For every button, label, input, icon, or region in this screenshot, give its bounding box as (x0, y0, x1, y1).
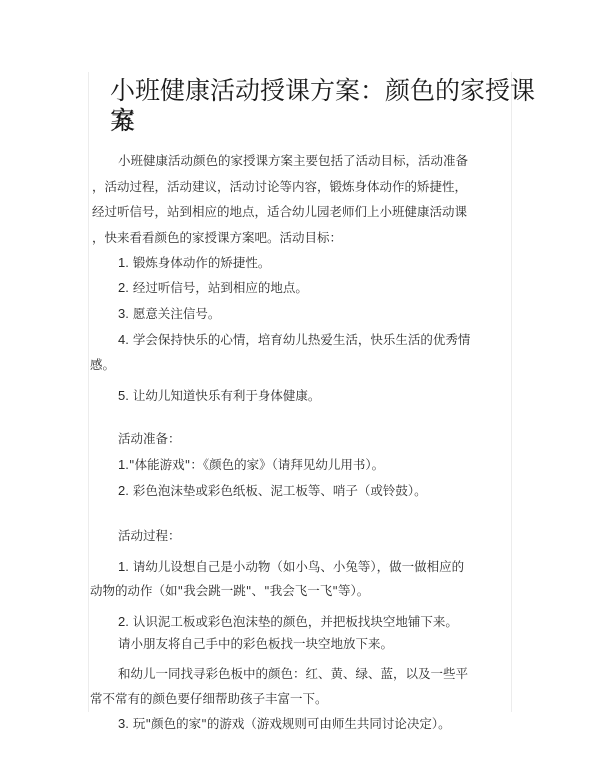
prep-heading: 活动准备： (118, 426, 181, 452)
process-item-1-continued: 动物的动作（如"我会跳一跳"、"我会飞一飞"等）。 (90, 578, 369, 604)
process-item-2-continued: 请小朋友将自己手中的彩色板找一块空地放下来。 (118, 631, 393, 657)
intro-line: ，活动过程，活动建议，活动讨论等内容，锻炼身体动作的矫捷性， (92, 174, 468, 200)
goal-item-3: 3. 愿意关注信号。 (118, 301, 220, 327)
process-heading: 活动过程： (118, 523, 181, 549)
process-note: 和幼儿一同找寻彩色板中的颜色：红、黄、绿、蓝，以及一些平 (118, 661, 468, 687)
process-item-3: 3. 玩"颜色的家"的游戏（游戏规则可由师生共同讨论决定）。 (118, 711, 451, 737)
process-item-1: 1. 请幼儿设想自己是小动物（如小鸟、小兔等），做一做相应的 (118, 554, 464, 580)
intro-paragraph: 小班健康活动颜色的家授课方案主要包括了活动目标，活动准备 ，活动过程，活动建议，… (92, 148, 468, 250)
goal-item-2: 2. 经过听信号，站到相应的地点。 (118, 275, 308, 301)
intro-line: ，快来看看颜色的家授课方案吧。活动目标： (92, 225, 468, 251)
title-line-2: 案 (110, 106, 550, 136)
prep-item-1: 1."体能游戏"：《颜色的家》（请拜见幼儿用书）。 (118, 452, 384, 478)
document-title: 小班健康活动授课方案：颜色的家授课方 案 (110, 76, 550, 136)
goal-item-4-continued: 感。 (90, 352, 115, 378)
prep-item-2: 2. 彩色泡沫垫或彩色纸板、泥工板等、哨子（或铃鼓）。 (118, 478, 427, 504)
process-note-continued: 常不常有的颜色要仔细帮助孩子丰富一下。 (90, 686, 328, 712)
goal-item-1: 1. 锻炼身体动作的矫捷性。 (118, 250, 270, 276)
title-line-1: 小班健康活动授课方案：颜色的家授课方 (110, 76, 550, 106)
goal-item-4: 4. 学会保持快乐的心情，培育幼儿热爱生活，快乐生活的优秀情 (118, 327, 470, 353)
goal-item-5: 5. 让幼儿知道快乐有利于身体健康。 (118, 383, 320, 409)
page-border-left (88, 72, 89, 712)
page-border-right (511, 72, 512, 712)
intro-line: 经过听信号，站到相应的地点，适合幼儿园老师们上小班健康活动课 (92, 199, 468, 225)
intro-line: 小班健康活动颜色的家授课方案主要包括了活动目标，活动准备 (92, 148, 468, 174)
